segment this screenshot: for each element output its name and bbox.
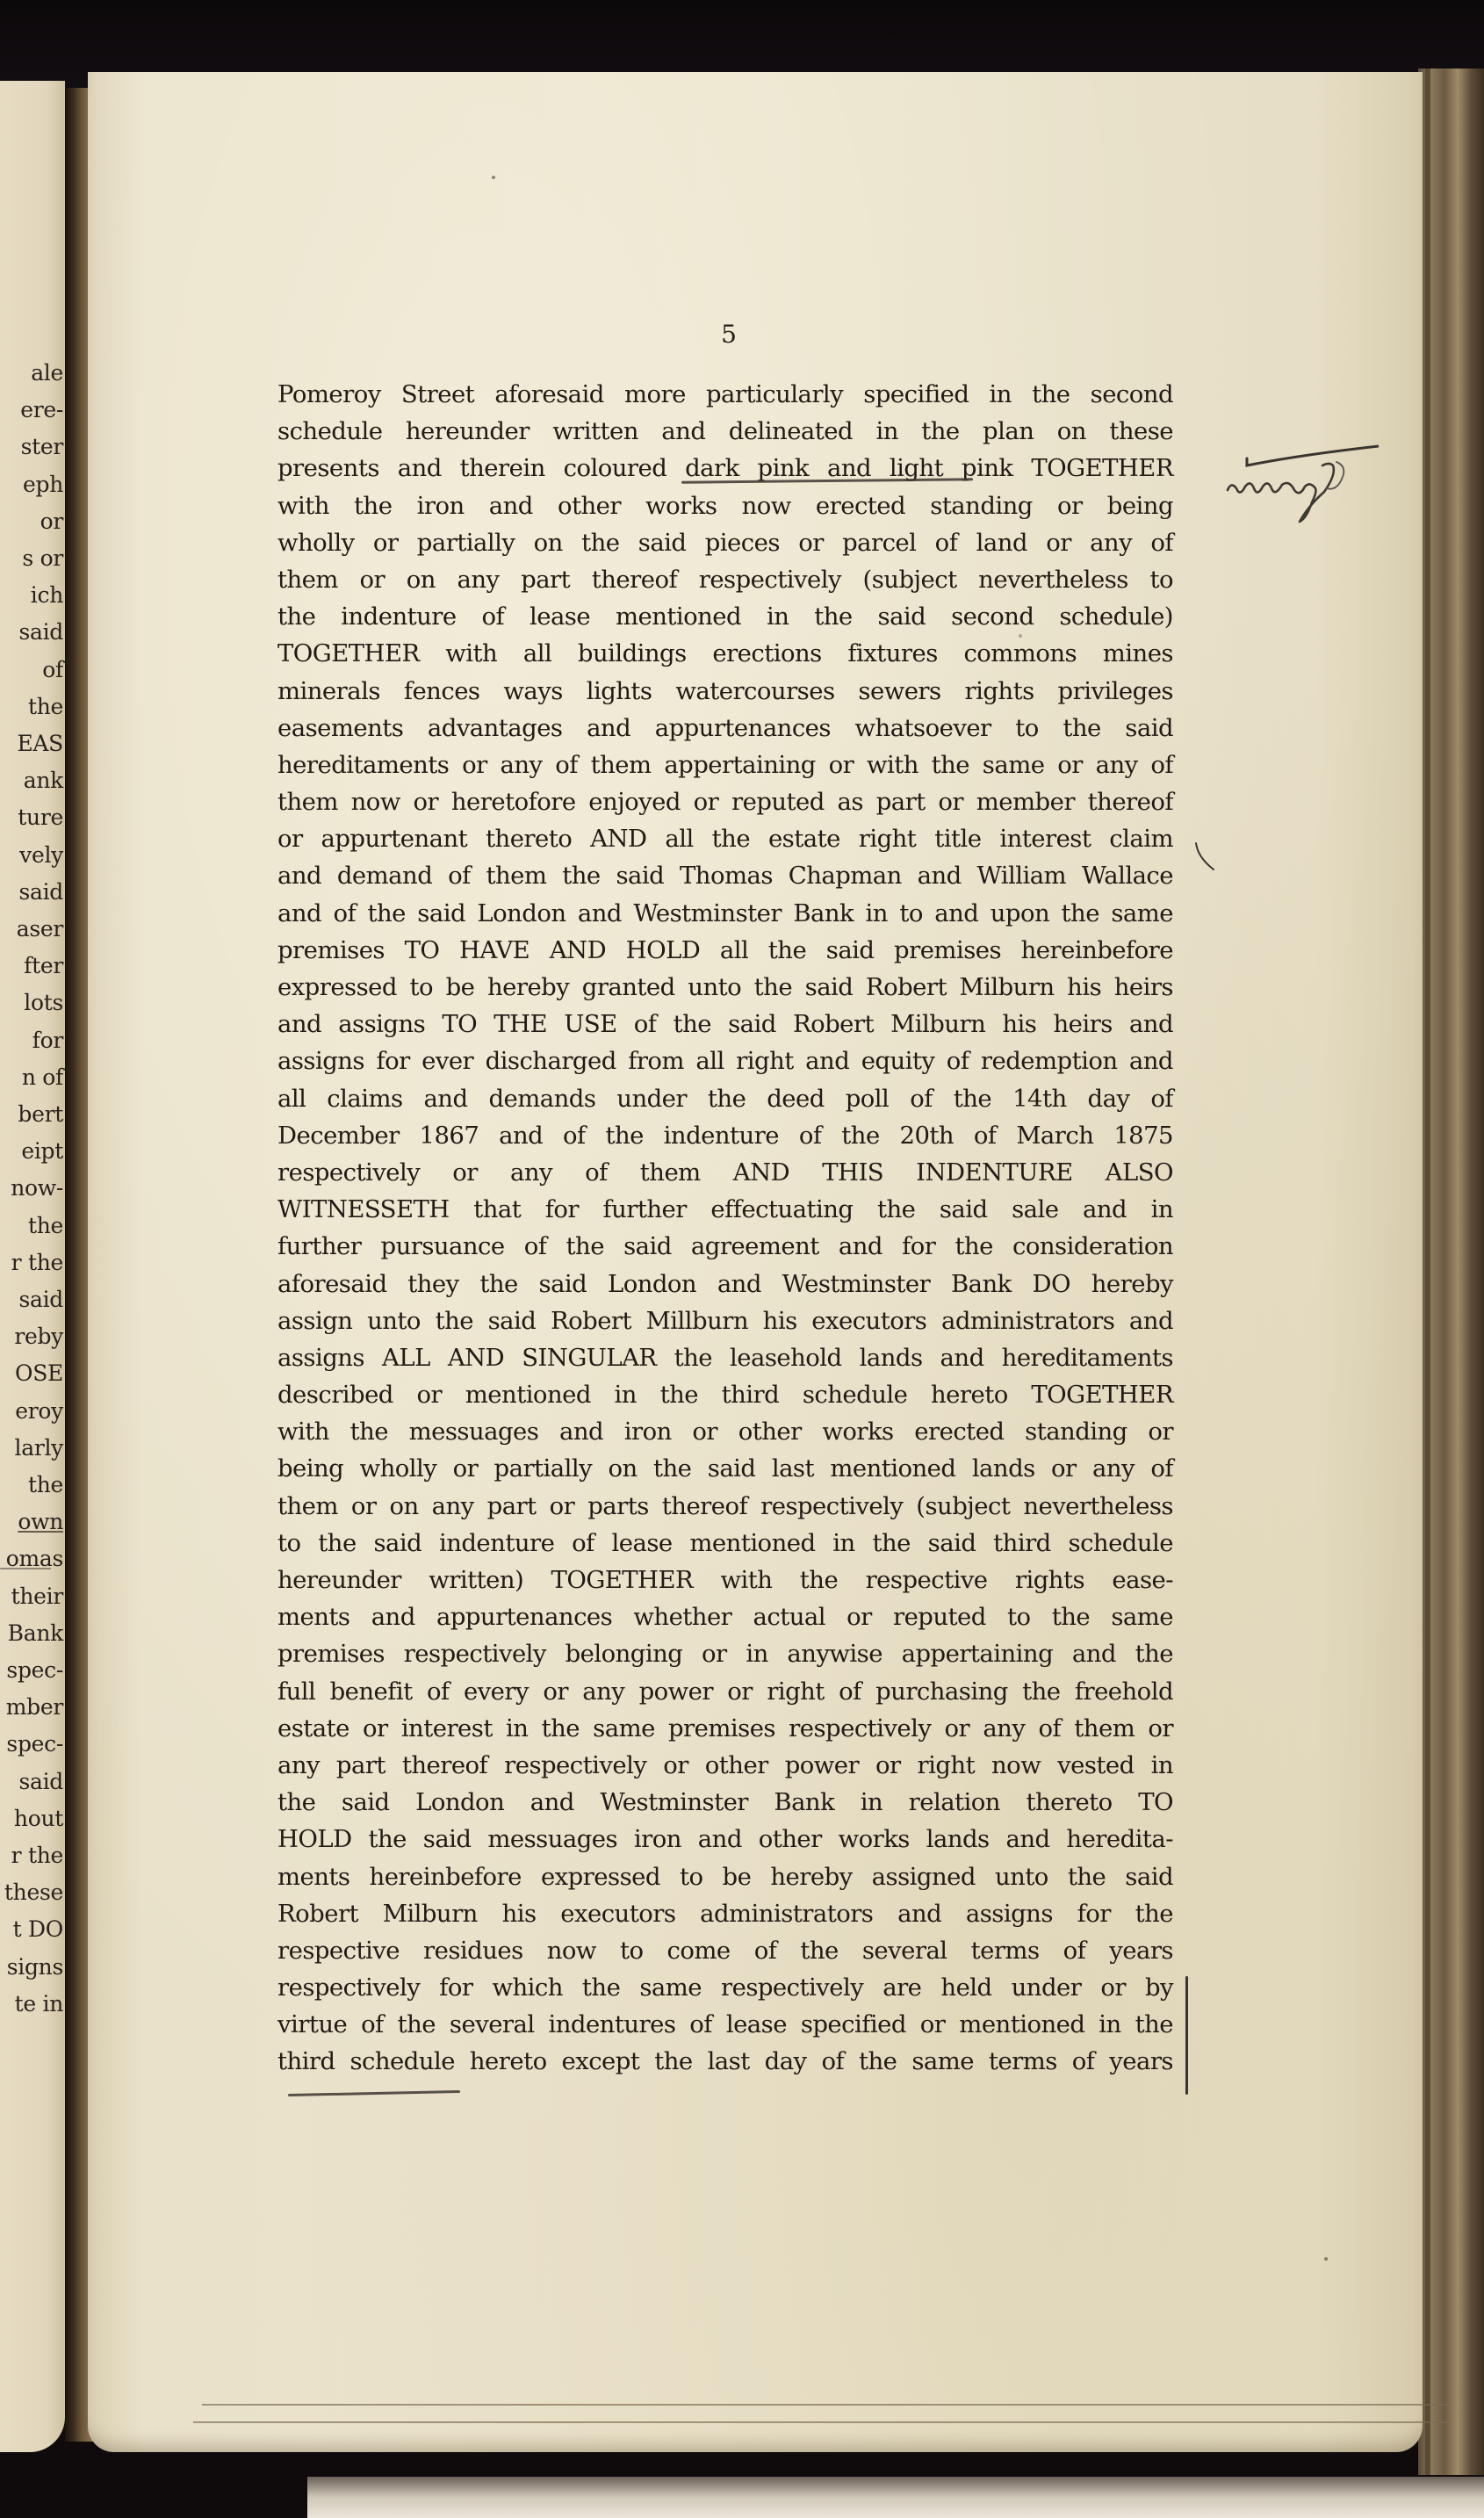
text-line: with the messuages and iron or other wor…	[277, 1413, 1173, 1450]
left-page-text-fragment: aser	[17, 916, 63, 942]
left-page-text-fragment: said	[18, 879, 63, 905]
text-line: hereditaments or any of them appertainin…	[277, 747, 1173, 783]
left-page-text-fragment: own	[18, 1509, 63, 1534]
text-line: and of the said London and Westminster B…	[277, 895, 1173, 932]
left-page-text-fragment: for	[32, 1028, 63, 1053]
page-edge-line	[202, 2404, 1449, 2406]
left-page-text-fragment: OSE	[15, 1360, 63, 1386]
text-line: easements advantages and appurtenances w…	[277, 710, 1173, 747]
page-stack-edges	[1418, 69, 1484, 2475]
text-line: respectively or any of them AND THIS IND…	[277, 1154, 1173, 1191]
left-page-text-fragment: ank	[24, 768, 63, 793]
text-line: them or on any part thereof respectively…	[277, 561, 1173, 598]
left-page-text-fragment: signs	[7, 1954, 63, 1980]
left-page-text-fragment: larly	[15, 1435, 63, 1461]
text-line: third schedule hereto except the last da…	[277, 2043, 1173, 2080]
text-line: HOLD the said messuages iron and other w…	[277, 1821, 1173, 1858]
text-line: full benefit of every or any power or ri…	[277, 1673, 1173, 1710]
left-page-text-fragment: said	[18, 1769, 63, 1794]
left-page-text-fragment: hout	[14, 1806, 63, 1831]
text-line: premises respectively belonging or in an…	[277, 1635, 1173, 1672]
text-line: described or mentioned in the third sche…	[277, 1376, 1173, 1413]
text-line: minerals fences ways lights watercourses…	[277, 673, 1173, 710]
left-page-text-fragment: eroy	[15, 1398, 63, 1424]
text-line: and assigns TO THE USE of the said Rober…	[277, 1006, 1173, 1043]
left-page-text-fragment: ture	[18, 804, 63, 830]
left-page-text-fragment: eph	[23, 472, 63, 497]
text-line: assigns for ever discharged from all rig…	[277, 1043, 1173, 1079]
left-page-text-fragment: r the	[11, 1843, 63, 1868]
left-page-text-fragment: ster	[21, 434, 63, 459]
pencil-bracket	[1185, 1976, 1188, 2095]
left-page-text-fragment: bert	[18, 1101, 63, 1127]
left-page-text-fragment: these	[4, 1879, 63, 1905]
text-line: WITNESSETH that for further effectuating…	[277, 1191, 1173, 1228]
text-line: or appurtenant thereto AND all the estat…	[277, 820, 1173, 857]
left-page-text-fragment: ich	[31, 582, 63, 608]
pencil-underline	[0, 1568, 51, 1569]
text-line: schedule hereunder written and delineate…	[277, 413, 1173, 450]
text-line: them now or heretofore enjoyed or repute…	[277, 783, 1173, 820]
left-page-text-fragment: now-	[11, 1175, 63, 1201]
left-page-text-fragment: said	[18, 619, 63, 645]
left-page-text-fragment: vely	[19, 842, 63, 868]
text-line: Pomeroy Street aforesaid more particular…	[277, 376, 1173, 413]
text-line: wholly or partially on the said pieces o…	[277, 524, 1173, 561]
left-page-text-fragment: EAS	[17, 731, 63, 756]
text-line: respective residues now to come of the s…	[277, 1932, 1173, 1969]
text-line: any part thereof respectively or other p…	[277, 1747, 1173, 1784]
text-line: estate or interest in the same premises …	[277, 1710, 1173, 1747]
text-line: assigns ALL AND SINGULAR the leasehold l…	[277, 1339, 1173, 1376]
text-line: the said London and Westminster Bank in …	[277, 1784, 1173, 1821]
left-page-text-fragment: spec-	[6, 1657, 63, 1683]
underlying-page	[307, 2477, 1484, 2518]
text-line: Robert Milburn his executors administrat…	[277, 1895, 1173, 1932]
left-page-text-fragment: s or	[22, 545, 63, 571]
text-line: aforesaid they the said London and Westm…	[277, 1266, 1173, 1302]
left-page-text-fragment: te in	[15, 1991, 63, 2017]
left-page-text-fragment: mber	[6, 1694, 63, 1720]
text-line: hereunder written) TOGETHER with the res…	[277, 1562, 1173, 1598]
left-page-text-fragment: of	[42, 657, 63, 682]
text-line: further pursuance of the said agreement …	[277, 1228, 1173, 1265]
page-edge-line	[193, 2421, 1449, 2423]
left-page-text-fragment: or	[40, 509, 63, 534]
left-page-text-fragment: said	[18, 1287, 63, 1312]
left-page-text-fragment: ale	[31, 360, 63, 386]
text-line: the indenture of lease mentioned in the …	[277, 598, 1173, 635]
left-page-text-fragment: t DO	[13, 1916, 63, 1942]
text-line: December 1867 and of the indenture of th…	[277, 1117, 1173, 1154]
left-page-text-fragment: the	[28, 694, 63, 719]
left-page-text-fragment: r the	[11, 1250, 63, 1275]
text-line: ments and appurtenances whether actual o…	[277, 1598, 1173, 1635]
text-line: all claims and demands under the deed po…	[277, 1080, 1173, 1117]
left-page-text-fragment: the	[28, 1213, 63, 1238]
text-line: premises TO HAVE AND HOLD all the said p…	[277, 932, 1173, 969]
text-line: assign unto the said Robert Millburn his…	[277, 1302, 1173, 1339]
pencil-tick-icon	[1194, 841, 1217, 873]
text-line: expressed to be hereby granted unto the …	[277, 969, 1173, 1006]
left-page-text-fragment: reby	[14, 1324, 63, 1349]
left-page-text-fragment: n of	[22, 1064, 63, 1090]
document-body: Pomeroy Street aforesaid more particular…	[277, 376, 1173, 2081]
text-line: respectively for which the same respecti…	[277, 1969, 1173, 2006]
text-line: with the iron and other works now erecte…	[277, 487, 1173, 524]
text-line: ments hereinbefore expressed to be hereb…	[277, 1858, 1173, 1895]
left-page-text-fragment: Bank	[8, 1620, 63, 1646]
text-line: them or on any part or parts thereof res…	[277, 1488, 1173, 1525]
left-page-fragment: aleere-sterephors orichsaidoftheEASanktu…	[0, 81, 65, 2452]
page-number: 5	[716, 320, 742, 349]
text-line: TOGETHER with all buildings erections fi…	[277, 635, 1173, 672]
left-page-text-fragment: fter	[24, 953, 63, 978]
text-line: virtue of the several indentures of leas…	[277, 2006, 1173, 2043]
text-line: to the said indenture of lease mentioned…	[277, 1525, 1173, 1562]
left-page-text-fragment: the	[28, 1472, 63, 1497]
text-line: being wholly or partially on the said la…	[277, 1450, 1173, 1487]
left-page-text-fragment: ere-	[20, 397, 63, 422]
left-page-text-fragment: lots	[24, 990, 63, 1015]
left-page-text-fragment: spec-	[6, 1731, 63, 1757]
text-line: and demand of them the said Thomas Chapm…	[277, 857, 1173, 894]
left-page-text-fragment: eipt	[21, 1138, 63, 1164]
left-page-text-fragment: their	[11, 1584, 63, 1609]
